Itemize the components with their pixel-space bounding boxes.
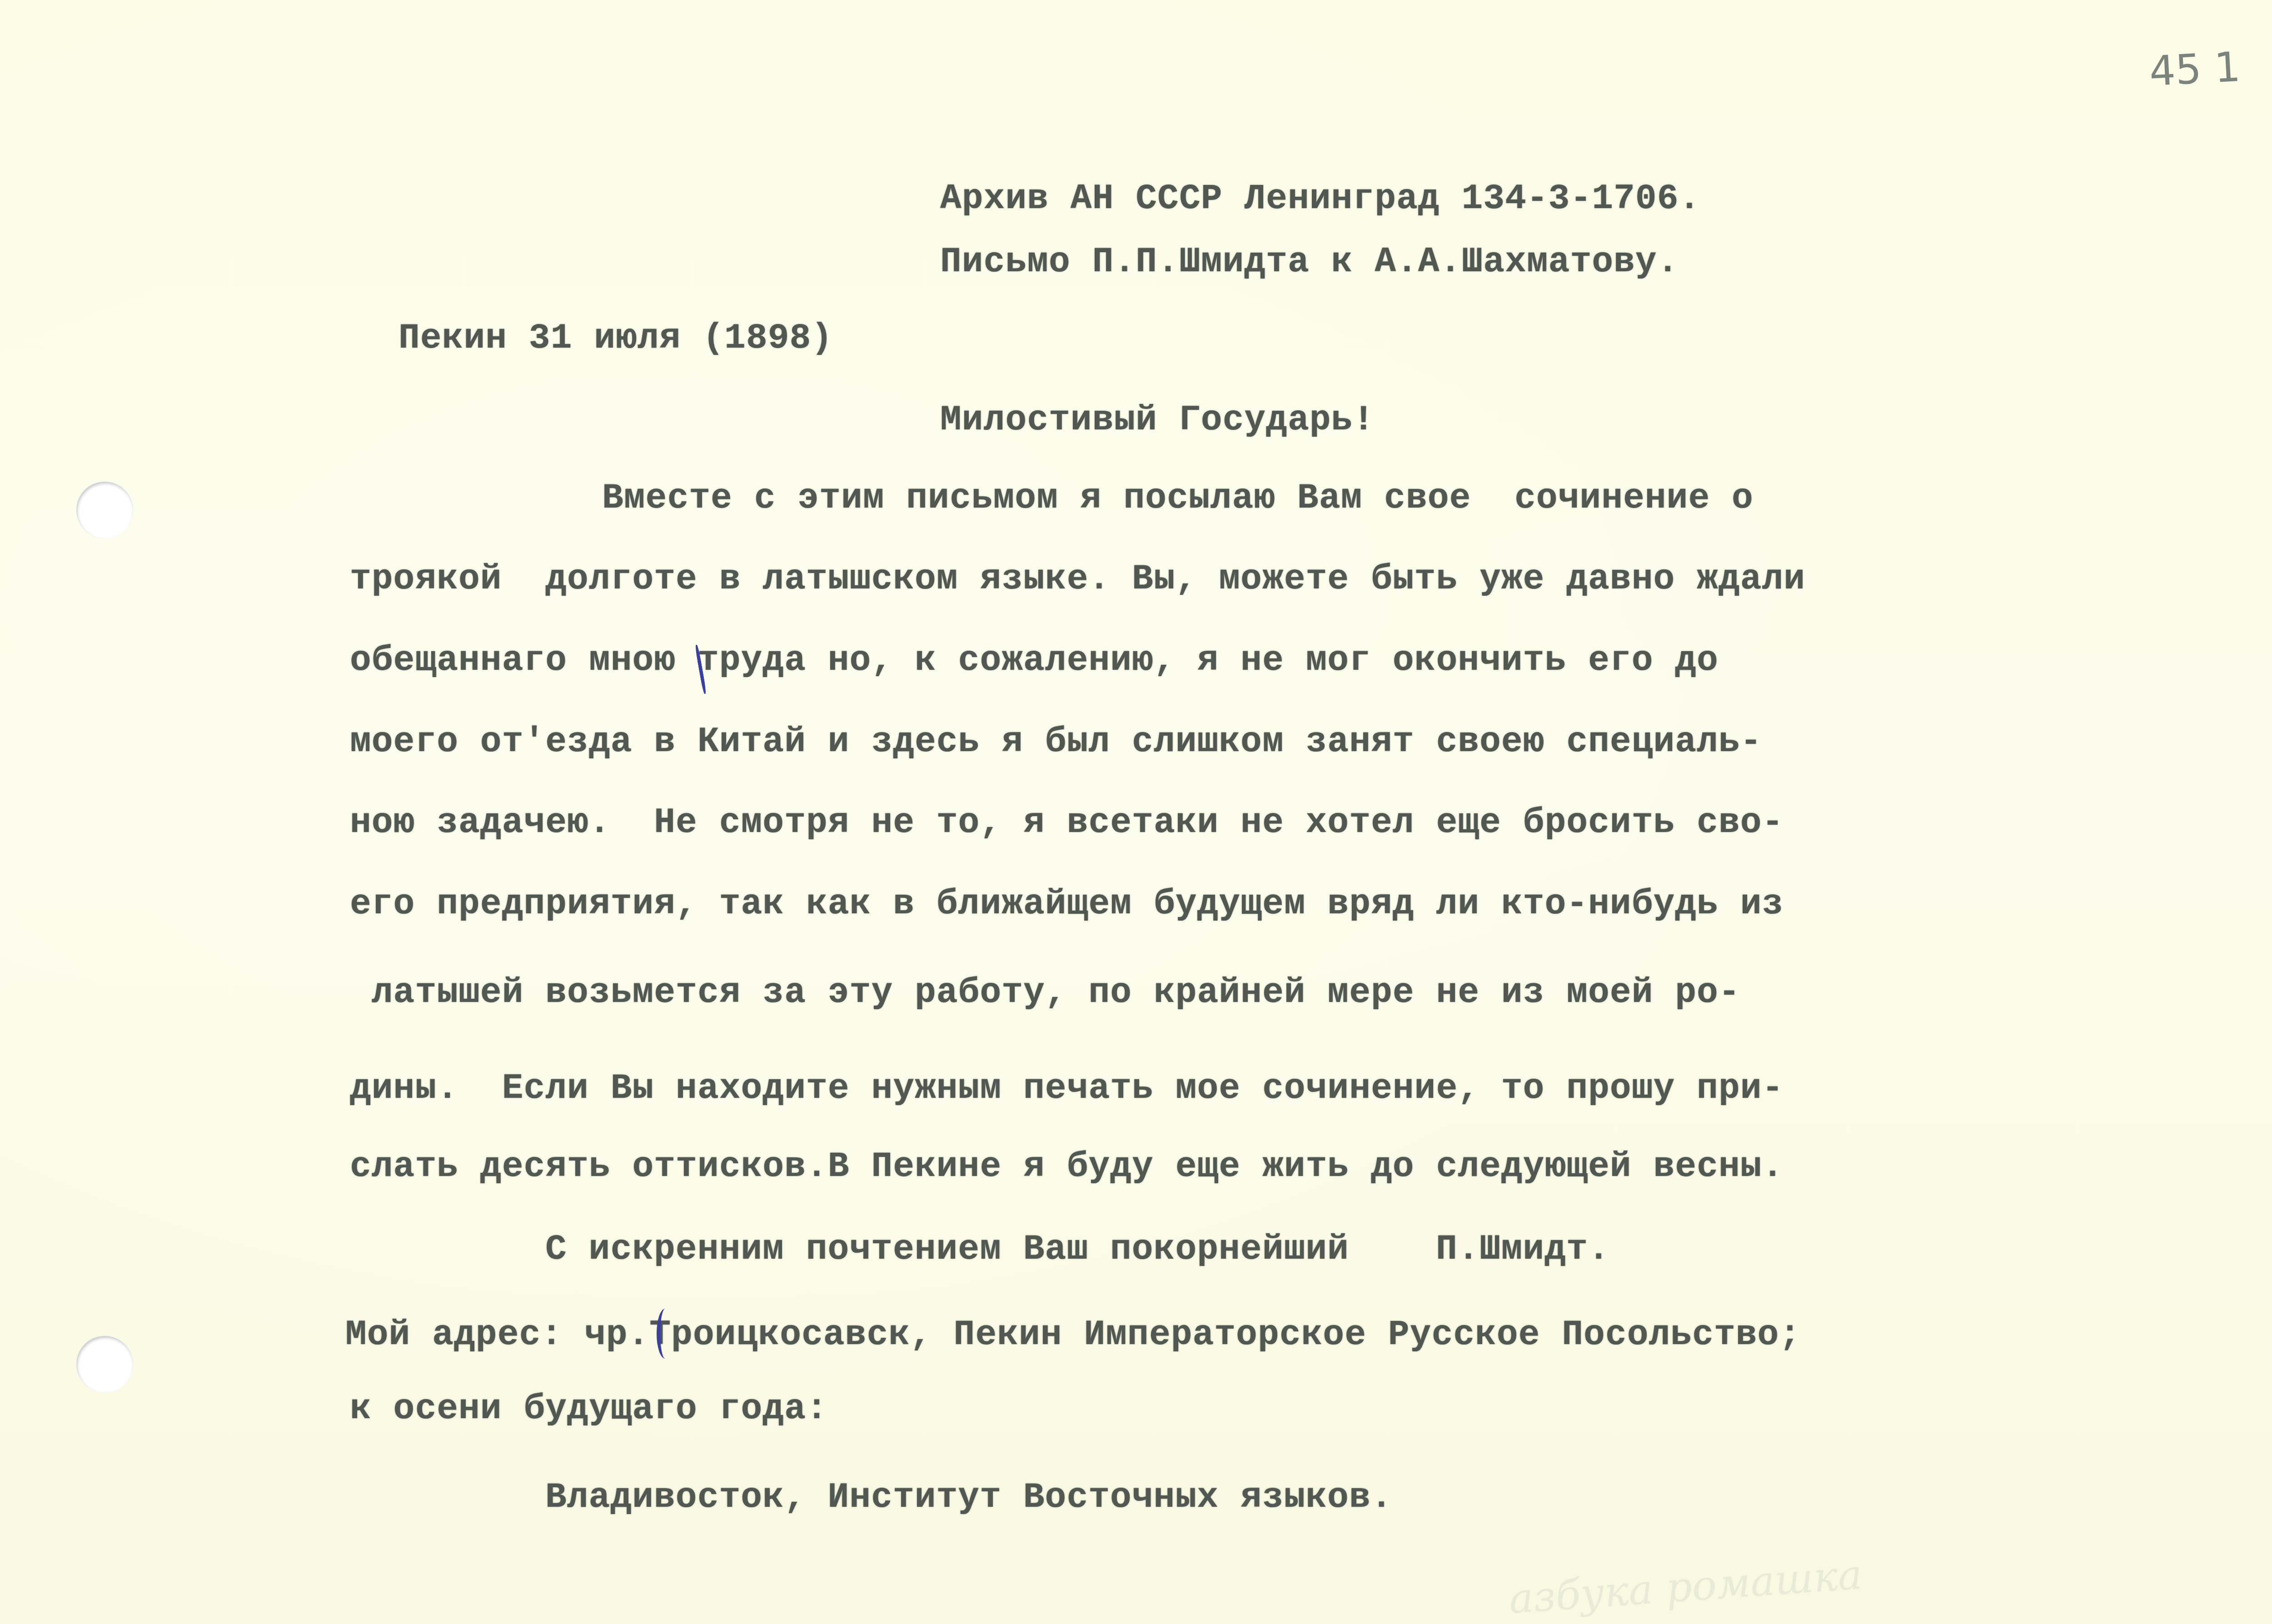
pen-correction-mark xyxy=(657,1309,674,1359)
body-line: дины. Если Вы находите нужным печать мое… xyxy=(350,1066,1784,1111)
body-line: ною задачею. Не смотря не то, я всетаки … xyxy=(350,800,1784,846)
address-line: к осени будущаго года: xyxy=(350,1386,828,1432)
archive-reference: Архив АН СССР Ленинград 134-3-1706. xyxy=(940,176,1700,222)
place-date: Пекин 31 июля (1898) xyxy=(399,316,833,361)
salutation: Милостивый Государь! xyxy=(940,398,1375,443)
body-line: слать десять оттисков.В Пекине я буду ещ… xyxy=(350,1144,1784,1190)
punch-hole-top xyxy=(76,482,133,538)
body-line: обещаннаго мною труда но, к сожалению, я… xyxy=(350,638,1719,683)
handwritten-page-number: 45 1 xyxy=(2148,43,2242,95)
body-line: Вместе с этим письмом я посылаю Вам свое… xyxy=(602,476,1754,521)
body-line: троякой долготе в латышском языке. Вы, м… xyxy=(350,557,1805,602)
address-line: Мой адрес: чр.Троицкосавск, Пекин Импера… xyxy=(345,1312,1801,1358)
body-line: моего от'езда в Китай и здесь я был слиш… xyxy=(350,719,1762,765)
body-line: латышей возьмется за эту работу, по край… xyxy=(350,970,1740,1016)
letter-title: Письмо П.П.Шмидта к А.А.Шахматову. xyxy=(940,239,1679,285)
closing-signature: С искренним почтением Ваш покорнейший П.… xyxy=(545,1227,1610,1272)
body-line: его предприятия, так как в ближайщем буд… xyxy=(350,882,1784,927)
address-line: Владивосток, Институт Восточных языков. xyxy=(545,1475,1393,1520)
punch-hole-bottom xyxy=(76,1336,133,1393)
